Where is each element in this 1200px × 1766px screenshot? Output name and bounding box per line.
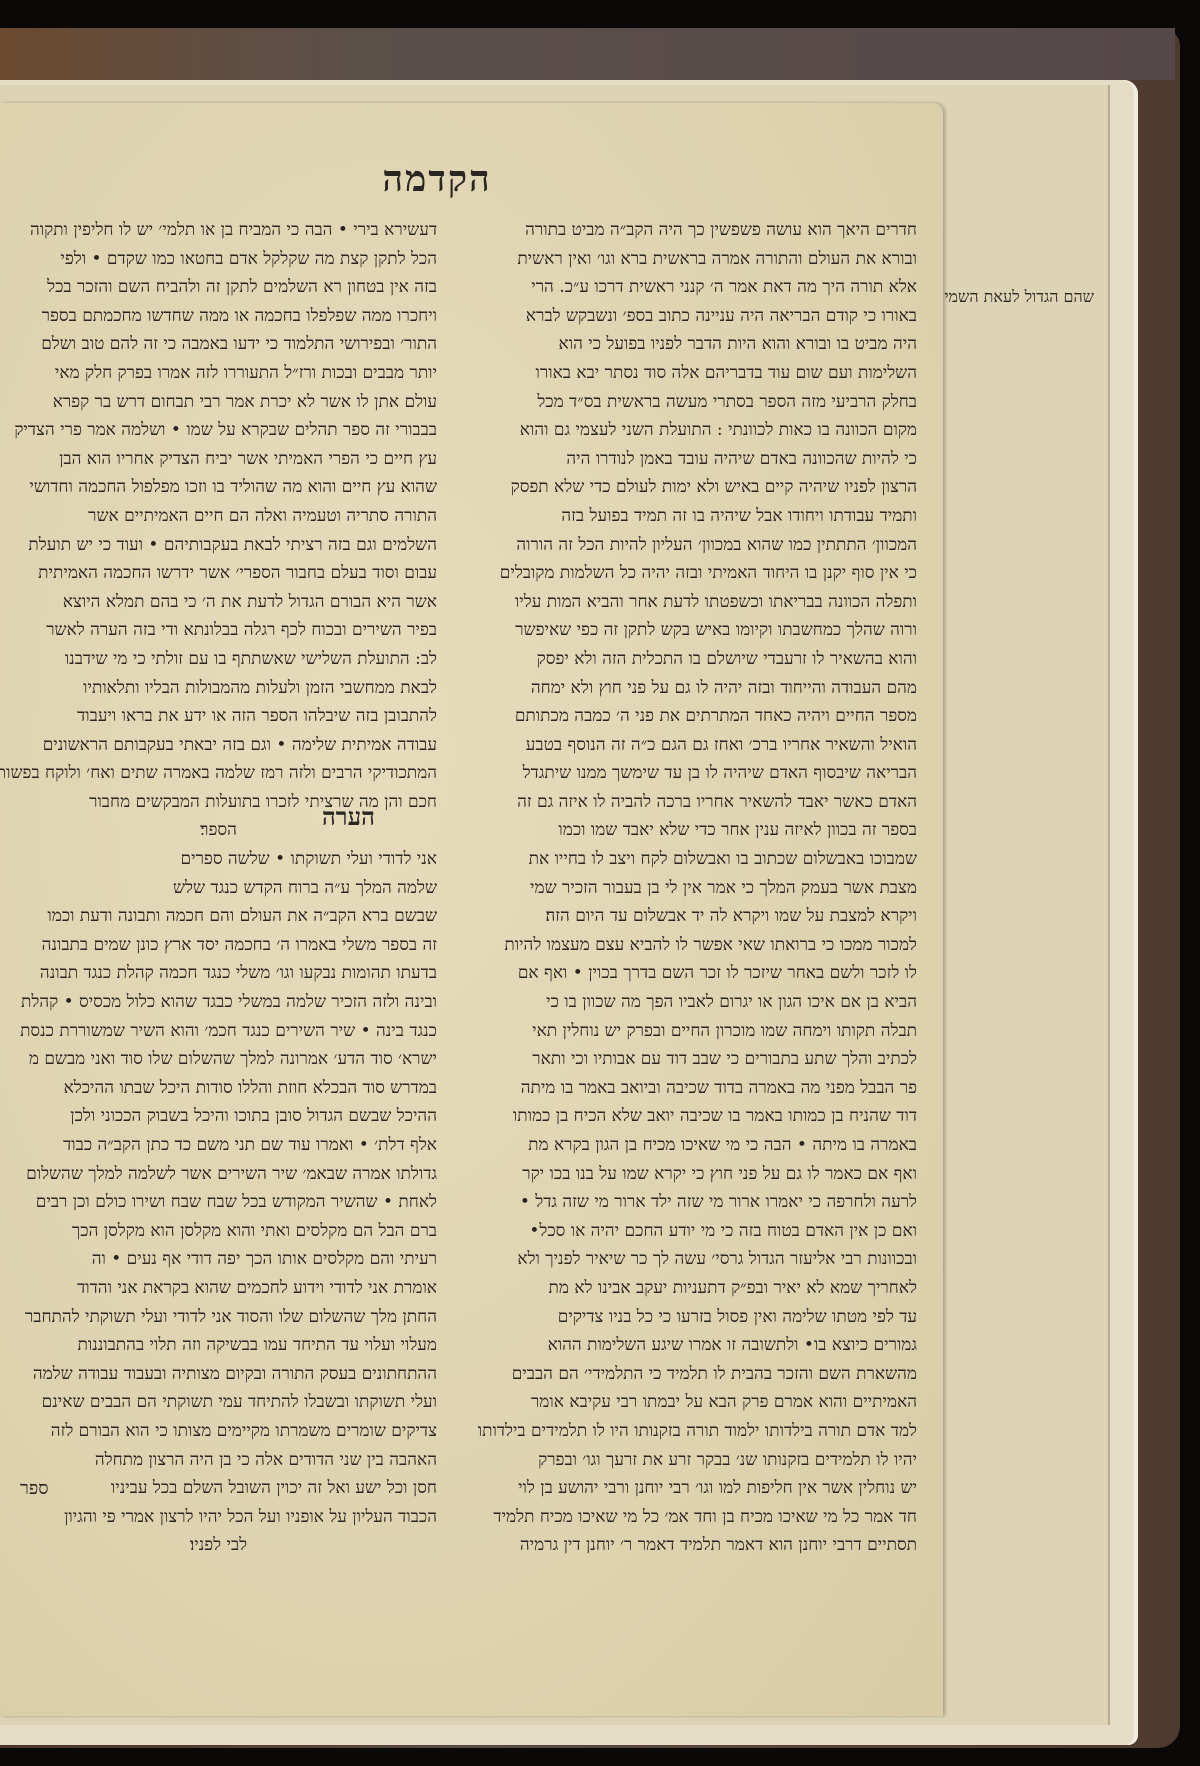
cover-top-edge	[0, 28, 1175, 80]
text-line: אשר היא הבורם הגדול לדעת את ה׳ כי בהם תמ…	[0, 588, 437, 617]
text-line: שבשם ברא הקב״ה את העולם והם חכמה ותבונה …	[0, 902, 437, 931]
catchword: ספר	[20, 1478, 49, 1499]
text-line: חד אמר כל מי שאיכו מכיח בן וחד אמ׳ כל מי…	[455, 1503, 917, 1532]
text-line: לאחריך שמא לא יאיר ובפ״ק דתעניות יעקב אב…	[455, 1274, 917, 1303]
text-line: האדם כאשר יאבד להשאיר אחריו ברכה להביה ל…	[455, 788, 917, 817]
text-line: תבלה תקותו וימחה שמו מוכרון החיים ובפרק …	[455, 1017, 917, 1046]
text-line: שלמה המלך ע״ה ברוח הקדש כנגד שלש	[0, 874, 437, 903]
text-line: עבודה אמיתית שלימה • וגם בזה יבאתי בעקבו…	[0, 731, 437, 760]
left-text-column: דעשירא בירי • הבה כי המביח בן או תלמי׳ י…	[0, 216, 437, 1560]
text-line: הבריאה שיבסוף האדם שיהיה לו בן עד שימשך …	[455, 759, 917, 788]
text-line: לכתיב והלך שתע בתבורים כי שבב דוד עם אבו…	[455, 1045, 917, 1074]
text-line: דוד שהניח בן כמותו באמר בו שכיבה יואב של…	[455, 1102, 917, 1131]
text-line: השלימות ועם שום עוד בדבריהם אלה סוד נסתר…	[455, 359, 917, 388]
text-line: לרעה ולחרפה כי יאמרו ארור מי שזה ילד ארו…	[455, 1188, 917, 1217]
text-line: הכבוד העליון על אופניו ועל הכל יהיו לרצו…	[0, 1503, 437, 1532]
note-heading: הערה	[322, 802, 375, 832]
text-line: שמבוכו באבשלום שכתוב בו ואבשלום לקח ויצב…	[455, 845, 917, 874]
text-line: ישרא׳ סוד הדע׳ אמרונה למלך שהשלום שלו סו…	[0, 1045, 437, 1074]
text-line: ויקרא למצבת על שמו ויקרא לה יד אבשלום עד…	[455, 902, 917, 931]
text-line: השלמים וגם בזה רציתי לבאת בעקבותיהם • וע…	[0, 531, 437, 560]
text-line: חדרים היאך הוא עושה פשפשין כך היה הקב״ה …	[455, 216, 917, 245]
right-text-column: חדרים היאך הוא עושה פשפשין כך היה הקב״ה …	[455, 216, 917, 1560]
text-line: להתבובן בזה שיבלהו הספר הזה או ידע את בר…	[0, 702, 437, 731]
text-line: לבי לפניו׃	[0, 1531, 437, 1560]
text-line: והוא בהשאיר לו זרעבדי שיושלם בו התכלית ה…	[455, 645, 917, 674]
text-line: אלף דלת׳ • ואמרו עוד שם תני משם כד כתן ה…	[0, 1131, 437, 1160]
text-line: המתכודיקי הרבים ולזה רמז שלמה באמרה שתים…	[0, 759, 437, 788]
text-line: ההיכל שבשם הגדול סובן בתוכו והיכל בשבוק …	[0, 1102, 437, 1131]
text-line: מקום הכוונה בו כאות לכוונתי : התועלת השנ…	[455, 416, 917, 445]
text-line: הרצון לפניו שיהיה קיים באיש ולא ימות לעו…	[455, 473, 917, 502]
text-line: ובורא את העולם והתורה אמרה בראשית ברא וג…	[455, 245, 917, 274]
text-line: למכור ממכו כי ברואתו שאי אפשר לו להביא ע…	[455, 931, 917, 960]
text-line: כי להיות שהכוונה באדם שיהיה עובד באמן לנ…	[455, 445, 917, 474]
text-line: למד אדם תורה בילדותו ילמוד תורה בזקנותו …	[455, 1417, 917, 1446]
text-line: האהבה בין שני הדודים אלה כי בן היה הרצון…	[0, 1446, 437, 1475]
page-title: הקדמה	[372, 158, 502, 200]
text-line: שהוא עץ חיים והוא מה שהוליד בו וזכו מפלפ…	[0, 473, 437, 502]
text-line: הואיל והשאיר אחריו ברכ׳ ואחז גם הגם כ״ה …	[455, 731, 917, 760]
text-line: יש נוחלין אשר אין חליפות למו וגו׳ רבי יו…	[455, 1474, 917, 1503]
text-line: כנגד בינה • שיר השירים כנגד חכמ׳ והוא הש…	[0, 1017, 437, 1046]
text-line: הביא בן אם איכו הגון או יגרום לאביו הפך …	[455, 988, 917, 1017]
text-line: ורוה שהלך כמחשבתו וקיומו באיש בקש לתקן ז…	[455, 616, 917, 645]
text-line: מספר החיים ויהיה כאחד המתרתים את פני ה׳ …	[455, 702, 917, 731]
text-line: בפיר השירים ובכוח לכף רגלה בבלונתא ודי ב…	[0, 616, 437, 645]
text-line: הכל לתקן קצת מה שקלקל אדם בחטאו כמו שקדם…	[0, 245, 437, 274]
text-line: היה מביט בו ובורא והוא היות הדבר לפניו ב…	[455, 330, 917, 359]
text-line: מהם העבודה והייחוד ובזה יהיה לו גם על פנ…	[455, 674, 917, 703]
text-line: בספר זה בכוון לאיזה ענין אחר כדי שלא יאב…	[455, 816, 917, 845]
text-line: את השמים וגו׳	[944, 287, 1003, 306]
text-line: פר הבבל מפני מה באמרה בדוד שכיבה וביואב …	[455, 1074, 917, 1103]
text-line: מהשארת השם והזכר בהבית לו תלמיד כי התלמי…	[455, 1360, 917, 1389]
text-line: לאחת • שהשיר המקודש בכל שבח שבח ושירו כו…	[0, 1188, 437, 1217]
text-line: החתן מלך שהשלום שלו והסוד אני לדודי ועלי…	[0, 1303, 437, 1332]
text-line: תסתיים דרבי יוחנן הוא דאמר תלמיד דאמר ר׳…	[455, 1531, 917, 1560]
text-line: ההתחתונים בעסק התורה ובקיום מצותיה ובעבו…	[0, 1360, 437, 1389]
text-line: ואם כן אין האדם בטוח בזה כי מי יודע החכם…	[455, 1217, 917, 1246]
text-line: במדרש סוד הבכלא חוזת והללו סודות היכל שב…	[0, 1074, 437, 1103]
text-line: התור׳ ובפירושי התלמוד כי ידעו באמבה כי ז…	[0, 330, 437, 359]
text-line: ברם הבל הם מקלסים ואתי והוא מקלסן הוא מק…	[0, 1217, 437, 1246]
text-line: התורה סתריה וטעמיה ואלה הם חיים האמיתיים…	[0, 502, 437, 531]
text-line: אומרת אני לדודי וידוע לחכמים שהוא בקראת …	[0, 1274, 437, 1303]
text-line: גמורים כיוצא בו• ולתשובה זו אמרו שיגע הש…	[455, 1331, 917, 1360]
text-line: עולם אתן לו אשר לא יכרת אמר רבי תבחום דר…	[0, 388, 437, 417]
text-line: המכוון׳ התתתין כמו שהוא במכוון׳ העליון ל…	[455, 531, 917, 560]
text-line: רעיתי והם מקלסים אותו הכך יפה דודי אף נע…	[0, 1245, 437, 1274]
text-line: ובינה ולזה הזכיר שלמה במשלי כבגד שהוא כל…	[0, 988, 437, 1017]
text-line: בבבורי זה ספר תהלים שבקרא על שמו • ושלמה…	[0, 416, 437, 445]
text-line: ובכוונות רבי אליעזר הגדול גרסי׳ עשה לך כ…	[455, 1245, 917, 1274]
text-line: בדעתו תהומות נבקעו וגו׳ משלי כנגד חכמה ק…	[0, 959, 437, 988]
text-line: עד לפי מטתו שלימה ואין פסול בזרעו כי כל …	[455, 1303, 917, 1332]
text-line: אלא תורה היך מה דאת אמר ה׳ קנני ראשית דר…	[455, 273, 917, 302]
text-line: מעלוי ועלוי עד התיחד עמו בבשיקה וזה תלוי…	[0, 1331, 437, 1360]
text-line: יותר מבבים ובכות ורז״ל התעוררו לזה אמרו …	[0, 359, 437, 388]
text-line: יהיו לו תלמידים בזקנותו שנ׳ בבקר זרע את …	[455, 1446, 917, 1475]
text-line: באמרה בו מיתה • הבה כי מי שאיכו מכיח בן …	[455, 1131, 917, 1160]
text-line: דעשירא בירי • הבה כי המביח בן או תלמי׳ י…	[0, 216, 437, 245]
text-line: לו לזכר ולשם באחר שיזכר לו זכר השם בדרך …	[455, 959, 917, 988]
text-line: אני לדודי ועלי תשוקתו • שלשה ספרים	[0, 845, 437, 874]
narrow-text-column: שהם הגדול לעאת השמים וגו׳ויכלול עוד במלמ…	[944, 283, 1094, 312]
text-line: בזה אין בטחון רא השלמים לתקן זה ולהביח ה…	[0, 273, 437, 302]
text-line: באורו כי קודם הבריאה היה עניינה כתוב בספ…	[455, 302, 917, 331]
text-line: עץ חיים כי הפרי האמיתי אשר יביח הצדיק אח…	[0, 445, 437, 474]
text-line: בחלק הרביעי מזה הספר בסתרי מעשה בראשית ב…	[455, 388, 917, 417]
text-line: האמיתיים והוא אמרם פרק הבא על יבמתו רבי …	[455, 1388, 917, 1417]
text-line: ותמיד עבודתו ויחודו אבל שיהיה בו זה תמיד…	[455, 502, 917, 531]
text-line: חסן וכל ישע ואל זה יכוין השובל השלם בכל …	[0, 1474, 437, 1503]
text-line: כי אין סוף יקנן בו היחוד האמיתי ובזה יהי…	[455, 559, 917, 588]
text-line: ועלי תשוקתו ובשבלו להתיחד עמי תשוקתי הם …	[0, 1388, 437, 1417]
text-line: לבאת ממחשבי הזמן ולעלות מהמבולות הבליו ו…	[0, 674, 437, 703]
text-line: גדולתו אמרה שבאמ׳ שיר השירים אשר לשלמה ל…	[0, 1160, 437, 1189]
text-line: עבום וסוד בעלם בחבור הספרי׳ אשר ידרשו הח…	[0, 559, 437, 588]
text-line: ואף אם כאמר לו גם על פני חוץ כי יקרא שמו…	[455, 1160, 917, 1189]
text-line: מצבת אשר בעמק המלך כי אמר אין לי בן בעבו…	[455, 874, 917, 903]
text-line: זה בספר משלי באמרו ה׳ בחכמה יסד ארץ כונן…	[0, 931, 437, 960]
text-line: ויחכרו ממה שפלפלו בחכמה או ממה שחדשו מחכ…	[0, 302, 437, 331]
text-line: שהם הגדול לע	[1003, 287, 1094, 306]
text-line: ותפלה הכוונה בבריאתו וכשפטתו לדעת אחר וה…	[455, 588, 917, 617]
text-line: לב: התועלת השלישי שאשתתף בו עם זולתי כי …	[0, 645, 437, 674]
text-line: צדיקים שומרים משמרתו מקיימים מצותו כי הו…	[0, 1417, 437, 1446]
